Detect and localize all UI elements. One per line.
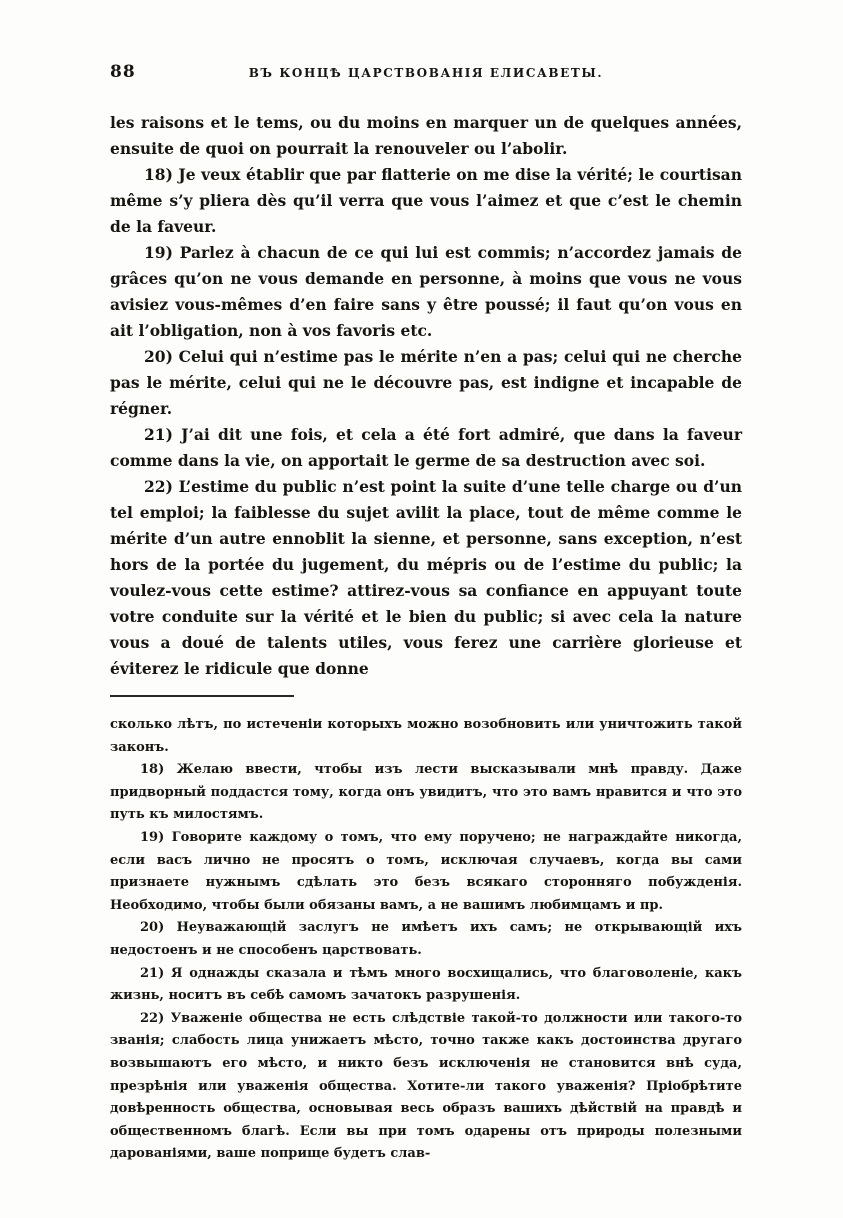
main-text-block: les raisons et le tems, ou du moins en m… xyxy=(110,110,742,682)
page-number: 88 xyxy=(110,62,136,82)
paragraph-item-22: 22) L’estime du public n’est point la su… xyxy=(110,474,742,682)
page-header: 88 ВЪ КОНЦѢ ЦАРСТВОВАНІЯ ЕЛИСАВЕТЫ. xyxy=(110,62,742,86)
footnote-paragraph-continuation: сколько лѣтъ, по истеченіи которыхъ можн… xyxy=(110,714,742,759)
footnote-paragraph-20: 20) Неуважающій заслугъ не имѣетъ ихъ са… xyxy=(110,917,742,962)
footnote-paragraph-21: 21) Я однажды сказала и тѣмъ много восхи… xyxy=(110,963,742,1008)
footnote-paragraph-18: 18) Желаю ввести, чтобы изъ лести высказ… xyxy=(110,759,742,827)
paragraph-item-18: 18) Je veux établir que par flatterie on… xyxy=(110,162,742,240)
footnote-paragraph-22: 22) Уваженіе общества не есть слѣдствіе … xyxy=(110,1008,742,1166)
footnote-paragraph-19: 19) Говорите каждому о томъ, что ему пор… xyxy=(110,827,742,917)
footnote-separator xyxy=(110,695,294,697)
paragraph-item-20: 20) Celui qui n’estime pas le mérite n’e… xyxy=(110,344,742,422)
paragraph-item-21: 21) J’ai dit une fois, et cela a été for… xyxy=(110,422,742,474)
paragraph-item-19: 19) Parlez à chacun de ce qui lui est co… xyxy=(110,240,742,344)
footnotes-block: сколько лѣтъ, по истеченіи которыхъ можн… xyxy=(110,714,742,1166)
paragraph-continuation: les raisons et le tems, ou du moins en m… xyxy=(110,110,742,162)
book-page: 88 ВЪ КОНЦѢ ЦАРСТВОВАНІЯ ЕЛИСАВЕТЫ. les … xyxy=(0,0,843,1218)
running-head: ВЪ КОНЦѢ ЦАРСТВОВАНІЯ ЕЛИСАВЕТЫ. xyxy=(110,62,742,80)
